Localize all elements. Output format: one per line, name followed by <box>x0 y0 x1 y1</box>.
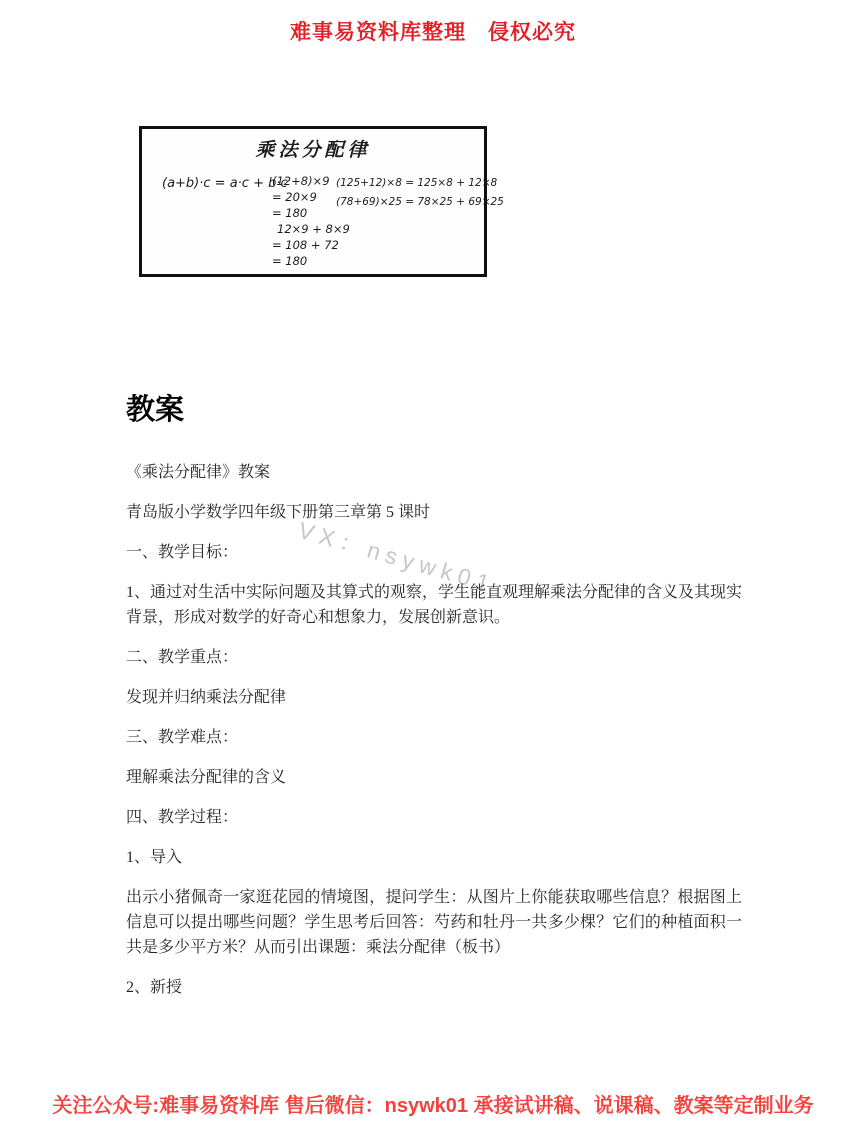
paragraph: 三、教学难点： <box>126 725 742 750</box>
paragraph: 理解乘法分配律的含义 <box>126 765 742 790</box>
paragraph: 一、教学目标： <box>126 540 742 565</box>
doc-heading: 教案 <box>126 390 742 430</box>
document-page: 难事易资料库整理 侵权必究 乘法分配律 (a+b)·c = a·c + b·c … <box>0 0 866 1122</box>
footer-notice: 关注公众号:难事易资料库 售后微信：nsywk01 承接试讲稿、说课稿、教案等定… <box>0 1089 866 1118</box>
paragraph: 出示小猪佩奇一家逛花园的情境图，提问学生：从图片上你能获取哪些信息？根据图上信息… <box>126 885 742 960</box>
paragraph: 青岛版小学数学四年级下册第三章第 5 课时 <box>126 500 742 525</box>
board-example2-line: (78+69)×25 = 78×25 + 69×25 <box>336 193 504 212</box>
document-body: 教案 《乘法分配律》教案 青岛版小学数学四年级下册第三章第 5 课时 一、教学目… <box>126 390 742 1015</box>
paragraph: 1、导入 <box>126 845 742 870</box>
paragraph: 二、教学重点： <box>126 645 742 670</box>
paragraph: 《乘法分配律》教案 <box>126 460 742 485</box>
header-notice: 难事易资料库整理 侵权必究 <box>0 16 866 46</box>
paragraph: 四、教学过程： <box>126 805 742 830</box>
board-example2-line: (125+12)×8 = 125×8 + 12×8 <box>336 174 504 193</box>
board-example1-line: = 180 <box>272 253 350 269</box>
board-example1-line: = 108 + 72 <box>272 237 350 253</box>
board-formula: (a+b)·c = a·c + b·c <box>162 176 288 191</box>
paragraph: 发现并归纳乘法分配律 <box>126 685 742 710</box>
paragraph: 2、新授 <box>126 975 742 1000</box>
board-example2: (125+12)×8 = 125×8 + 12×8 (78+69)×25 = 7… <box>336 174 504 212</box>
board-title: 乘法分配律 <box>142 135 484 162</box>
board-example1-line: 12×9 + 8×9 <box>272 221 350 237</box>
board-image: 乘法分配律 (a+b)·c = a·c + b·c (12+8)×9 = 20×… <box>139 126 487 277</box>
paragraph: 1、通过对生活中实际问题及其算式的观察，学生能直观理解乘法分配律的含义及其现实背… <box>126 580 742 630</box>
